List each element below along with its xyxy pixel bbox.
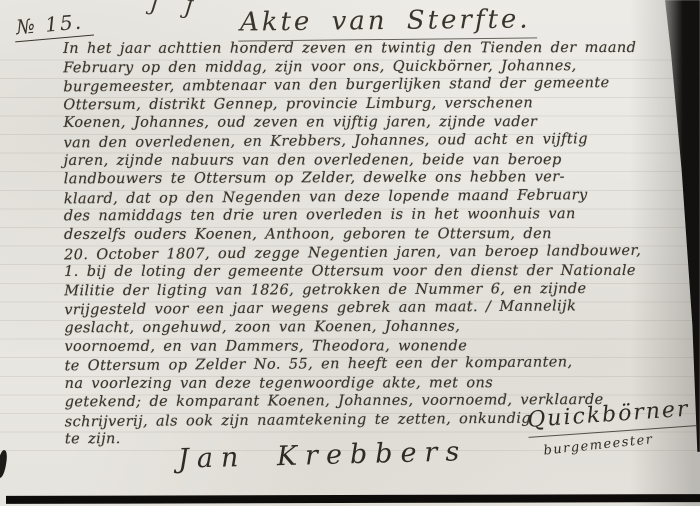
act-number: № 15. (13, 9, 94, 43)
ink-stray-marks: J J (149, 0, 204, 21)
scan-gutter-shadow-right (662, 0, 700, 452)
handwritten-line: na voorlezing van deze tegenwoordige akt… (65, 374, 660, 394)
document-title: Akte van Sterfte. (238, 4, 537, 41)
handwritten-line: jaren, zijnde nabuurs van den overledene… (64, 150, 659, 170)
scan-notch-left (0, 450, 8, 479)
handwritten-line: geslacht, ongehuwd, zoon van Koenen, Joh… (64, 317, 659, 338)
handwritten-line: In het jaar achttien honderd zeven en tw… (63, 39, 658, 59)
document-body: In het jaar achttien honderd zeven en tw… (63, 38, 660, 450)
handwritten-line: Ottersum, distrikt Gennep, provincie Lim… (63, 93, 658, 114)
handwritten-line: van den overledenen, en Krebbers, Johann… (63, 130, 658, 153)
death-certificate-scan: № 15. J J Akte van Sterfte. In het jaar … (0, 0, 700, 506)
signature-mayor-block: Quickbörner burgemeester (526, 396, 699, 457)
scan-edge-band-bottom (6, 494, 700, 504)
signature-jan-krebbers: Jan Krebbers (178, 436, 468, 475)
handwritten-line: 1. bij de loting der gemeente Ottersum v… (64, 262, 659, 282)
handwritten-line: 20. October 1807, oud zegge Negentien ja… (64, 241, 659, 264)
handwritten-line: te Ottersum op Zelder No. 55, en heeft e… (64, 353, 659, 376)
